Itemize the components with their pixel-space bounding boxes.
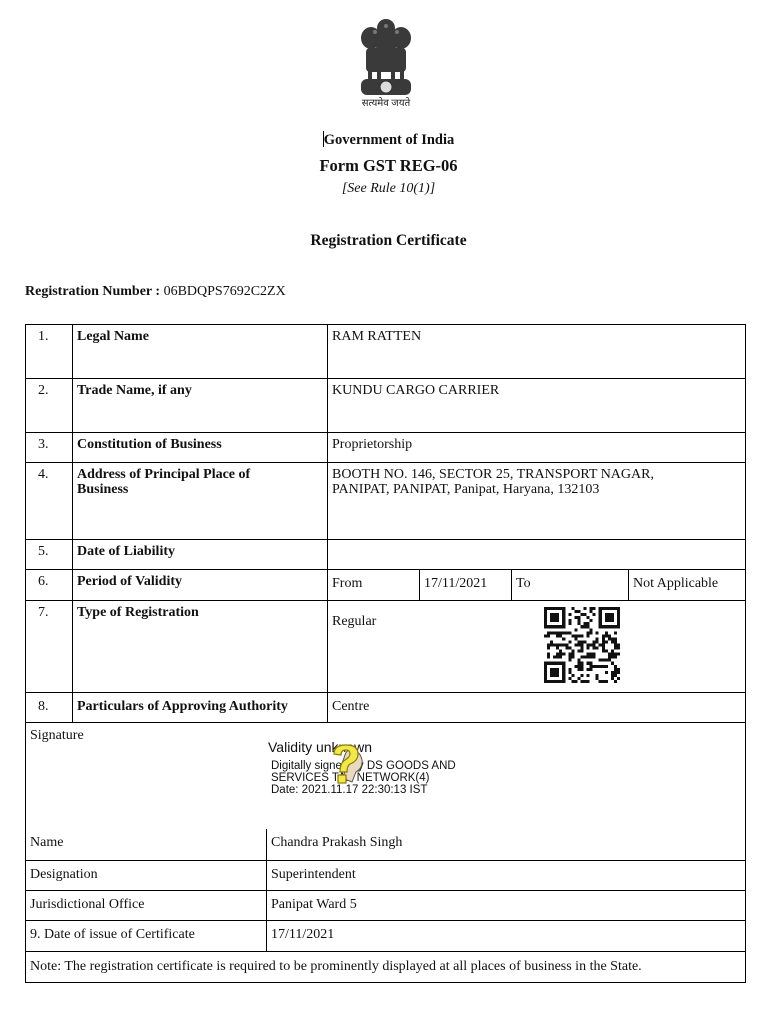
row-label: Legal Name — [73, 325, 328, 378]
row-label: Name — [26, 829, 267, 860]
row-label: Designation — [26, 861, 267, 890]
row-label: Address of Principal Place of Business — [73, 463, 328, 539]
row-label: Trade Name, if any — [73, 379, 328, 432]
registration-number-label: Registration Number : — [25, 284, 160, 299]
row-value: Proprietorship — [328, 433, 745, 462]
row-value: KUNDU CARGO CARRIER — [328, 379, 745, 432]
row-value: BOOTH NO. 146, SECTOR 25, TRANSPORT NAGA… — [328, 463, 745, 539]
row-value — [328, 540, 745, 569]
row-value: Regular — [328, 601, 745, 692]
row-value: RAM RATTEN — [328, 325, 745, 378]
table-row-approving-authority: 8. Particulars of Approving Authority Ce… — [26, 692, 745, 722]
certificate-title: Registration Certificate — [0, 232, 777, 250]
national-emblem-icon — [355, 10, 417, 108]
emblem-motto: सत्यमेव जयते — [350, 95, 422, 109]
row-value: 17/11/2021 — [267, 921, 745, 951]
row-number: 6. — [26, 570, 73, 600]
table-row-jurisdictional-office: Jurisdictional Office Panipat Ward 5 — [26, 890, 745, 920]
validity-from-label: From — [328, 570, 420, 600]
row-value: Chandra Prakash Singh — [267, 829, 745, 860]
row-label: Date of Liability — [73, 540, 328, 569]
certificate-table: 1. Legal Name RAM RATTEN 2. Trade Name, … — [25, 324, 746, 983]
qr-code-icon — [544, 607, 620, 683]
row-value: Panipat Ward 5 — [267, 891, 745, 920]
table-row-designation: Designation Superintendent — [26, 860, 745, 890]
row-number: 4. — [26, 463, 73, 539]
validity-to-label: To — [512, 570, 629, 600]
row-number: 1. — [26, 325, 73, 378]
row-label: Type of Registration — [73, 601, 328, 692]
row-label: 9. Date of issue of Certificate — [26, 921, 267, 951]
note-row: Note: The registration certificate is re… — [26, 951, 745, 982]
government-heading: Government of India — [0, 131, 777, 149]
row-number: 3. — [26, 433, 73, 462]
table-row-date-of-liability: 5. Date of Liability — [26, 539, 745, 569]
row-value: Superintendent — [267, 861, 745, 890]
row-number: 7. — [26, 601, 73, 692]
row-number: 5. — [26, 540, 73, 569]
table-row-type-of-registration: 7. Type of Registration Regular — [26, 600, 745, 692]
table-row-date-of-issue: 9. Date of issue of Certificate 17/11/20… — [26, 920, 745, 951]
table-row-officer-name: Name Chandra Prakash Singh — [26, 829, 745, 860]
row-number: 8. — [26, 693, 73, 722]
table-row-constitution: 3. Constitution of Business Proprietorsh… — [26, 432, 745, 462]
signature-label: Signature — [26, 723, 88, 749]
row-label: Particulars of Approving Authority — [73, 693, 328, 722]
validity-unknown-question-icon[interactable] — [320, 744, 372, 796]
validity-to-value: Not Applicable — [629, 570, 745, 600]
row-label: Jurisdictional Office — [26, 891, 267, 920]
registration-number: Registration Number : 06BDQPS7692C2ZX — [25, 284, 286, 300]
registration-number-value: 06BDQPS7692C2ZX — [164, 284, 286, 299]
government-text: Government of India — [324, 132, 455, 148]
table-row-trade-name: 2. Trade Name, if any KUNDU CARGO CARRIE… — [26, 378, 745, 432]
table-row-period-of-validity: 6. Period of Validity From 17/11/2021 To… — [26, 569, 745, 600]
row-label: Period of Validity — [73, 570, 328, 600]
note-text: Note: The registration certificate is re… — [26, 952, 745, 982]
rule-reference: [See Rule 10(1)] — [0, 181, 777, 197]
form-title: Form GST REG-06 — [0, 156, 777, 176]
signature-row: Signature Validity unknown Digitally sig… — [26, 722, 745, 829]
table-row-address: 4. Address of Principal Place of Busines… — [26, 462, 745, 539]
row-number: 2. — [26, 379, 73, 432]
row-value: Centre — [328, 693, 745, 722]
validity-from-value: 17/11/2021 — [420, 570, 512, 600]
table-row-legal-name: 1. Legal Name RAM RATTEN — [26, 325, 745, 378]
row-label: Constitution of Business — [73, 433, 328, 462]
